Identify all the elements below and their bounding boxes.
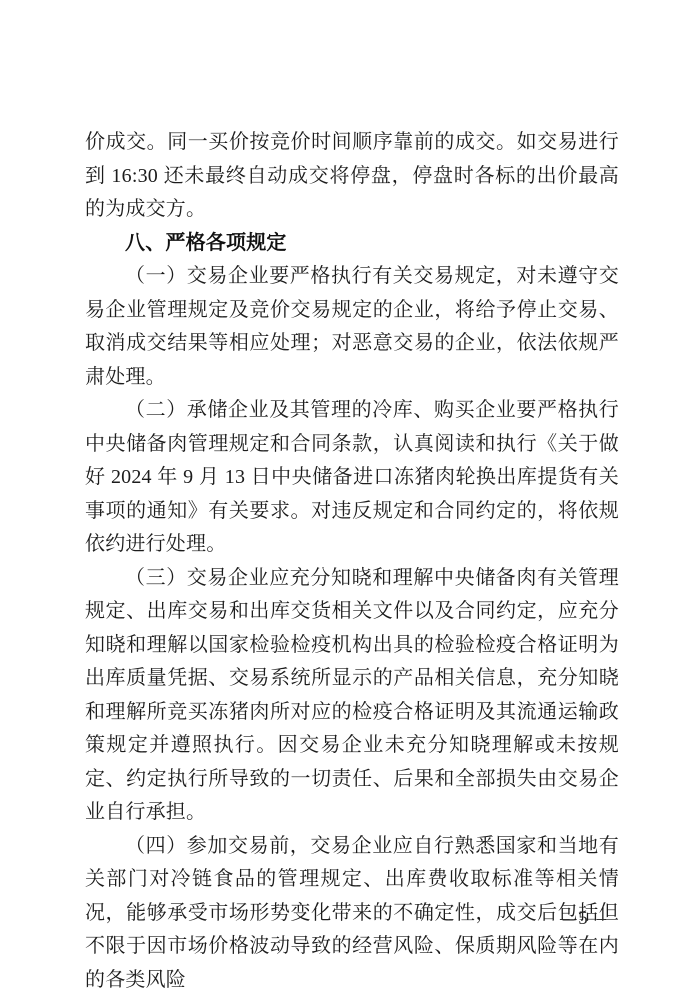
paragraph-item-3: （三）交易企业应充分知晓和理解中央储备肉有关管理规定、出库交易和出库交货相关文件… [85,562,619,830]
paragraph-item-1: （一）交易企业要严格执行有关交易规定，对未遵守交易企业管理规定及竞价交易规定的企… [85,260,619,394]
document-content: 价成交。同一买价按竞价时间顺序靠前的成交。如交易进行到 16:30 还未最终自动… [85,126,619,989]
section-heading: 八、严格各项规定 [85,227,619,261]
document-page: 价成交。同一买价按竞价时间顺序靠前的成交。如交易进行到 16:30 还未最终自动… [0,0,700,989]
paragraph-item-4: （四）参加交易前，交易企业应自行熟悉国家和当地有关部门对冷链食品的管理规定、出库… [85,830,619,989]
paragraph-item-2: （二）承储企业及其管理的冷库、购买企业要严格执行中央储备肉管理规定和合同条款，认… [85,394,619,562]
page-number: – 5 – [560,908,608,930]
paragraph-continuation: 价成交。同一买价按竞价时间顺序靠前的成交。如交易进行到 16:30 还未最终自动… [85,126,619,227]
